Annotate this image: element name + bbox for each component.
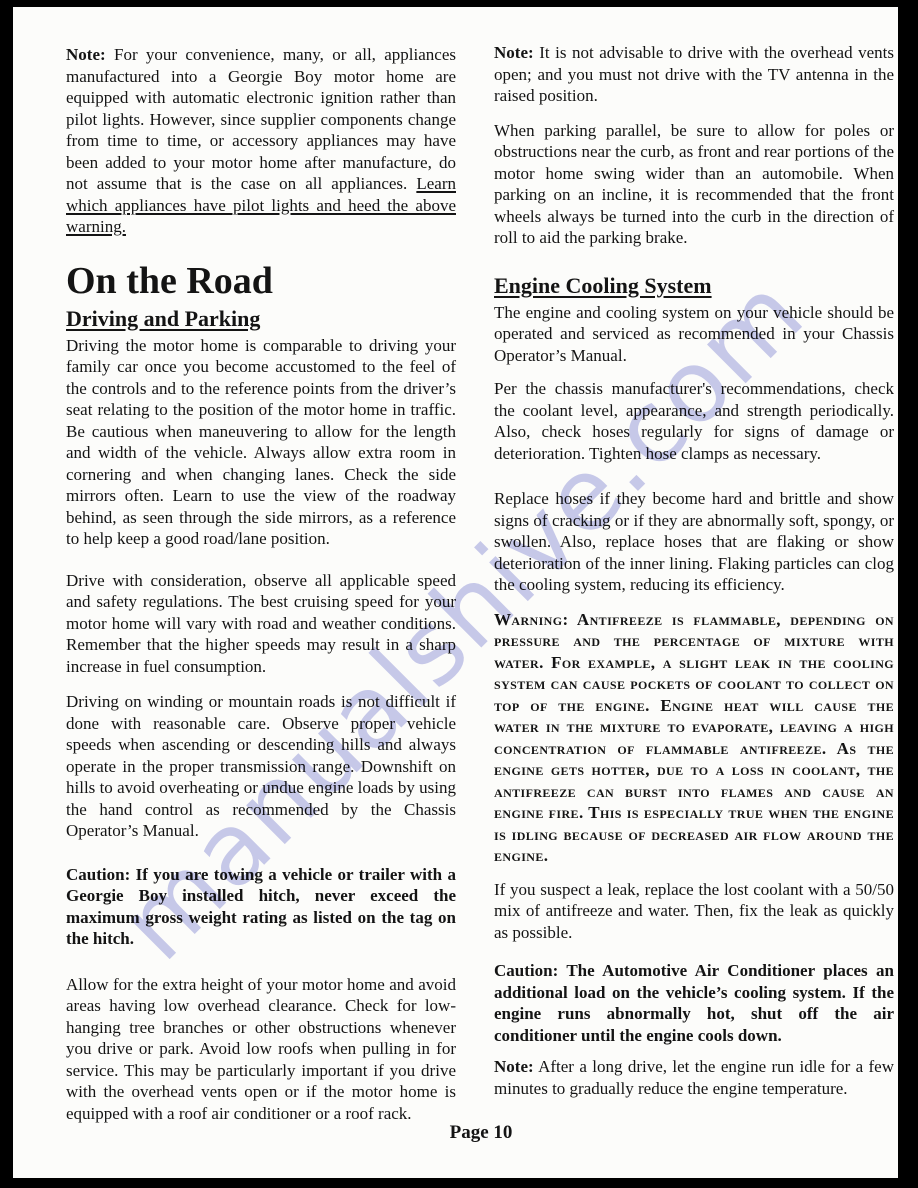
- page-number: Page 10: [66, 1122, 896, 1144]
- note-overhead-vents: Note: It is not advisable to drive with …: [494, 42, 894, 107]
- left-column: Note: For your convenience, many, or all…: [66, 44, 456, 1124]
- para-coolant-leak-fix: If you suspect a leak, replace the lost …: [494, 879, 894, 944]
- note-label: Note:: [66, 45, 106, 64]
- para-parallel-parking: When parking parallel, be sure to allow …: [494, 120, 894, 249]
- note-body: For your convenience, many, or all, appl…: [66, 45, 456, 193]
- subsection-driving-and-parking: Driving and Parking: [66, 306, 456, 332]
- subsection-engine-cooling-system: Engine Cooling System: [494, 273, 894, 299]
- note-label: Note:: [494, 1057, 534, 1076]
- scan-edge-right: [898, 0, 918, 1188]
- scan-edge-bottom: [0, 1178, 918, 1188]
- note-pilot-lights: Note: For your convenience, many, or all…: [66, 44, 456, 238]
- note-engine-idle: Note: After a long drive, let the engine…: [494, 1056, 894, 1099]
- scan-edge-left: [0, 0, 13, 1188]
- warning-antifreeze-flammable: Warning: Antifreeze is flammable, depend…: [494, 609, 894, 867]
- note-label: Note:: [494, 43, 534, 62]
- section-heading-on-the-road: On the Road: [66, 260, 456, 302]
- caution-air-conditioner: Caution: The Automotive Air Conditioner …: [494, 960, 894, 1046]
- scanned-manual-page: Note: For your convenience, many, or all…: [0, 0, 918, 1188]
- note-body: It is not advisable to drive with the ov…: [494, 43, 894, 105]
- scan-edge-top: [0, 0, 918, 7]
- note-body: After a long drive, let the engine run i…: [494, 1057, 894, 1098]
- para-driving-overview: Driving the motor home is comparable to …: [66, 335, 456, 550]
- para-overhead-clearance: Allow for the extra height of your motor…: [66, 974, 456, 1125]
